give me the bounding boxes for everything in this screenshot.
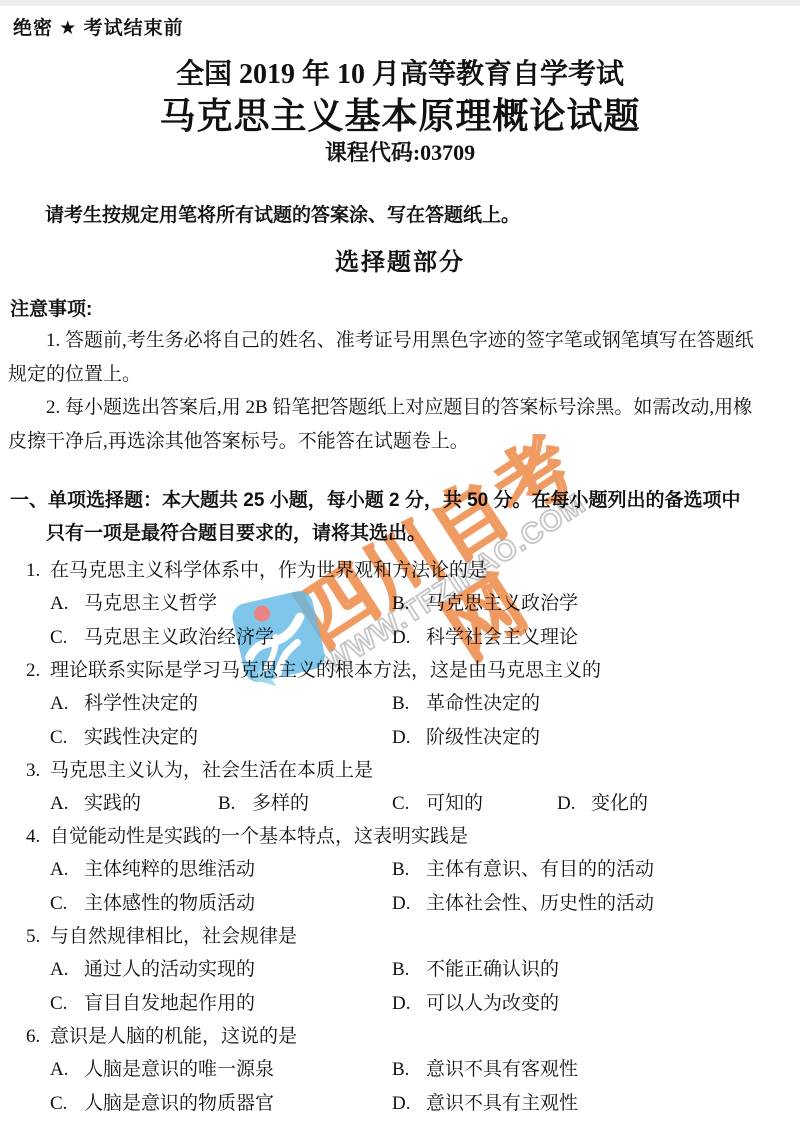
question-1: 1.在马克思主义科学体系中，作为世界观和方法论的是 A.马克思主义哲学 B.马克… xyxy=(0,558,800,652)
question-list: 1.在马克思主义科学体系中，作为世界观和方法论的是 A.马克思主义哲学 B.马克… xyxy=(0,552,800,1118)
option-label: A. xyxy=(50,793,84,815)
option-label: B. xyxy=(392,1059,426,1081)
option-label: C. xyxy=(50,893,84,915)
question-number: 1. xyxy=(26,558,50,584)
option-label: D. xyxy=(557,793,591,815)
question-stem-text: 在马克思主义科学体系中，作为世界观和方法论的是 xyxy=(50,560,487,581)
option-text: 马克思主义政治学 xyxy=(426,588,578,615)
option-label: B. xyxy=(392,593,426,615)
note-2-line-2: 皮擦干净后,再选涂其他答案标号。不能答在试题卷上。 xyxy=(8,425,794,459)
option-c: C.实践性决定的 xyxy=(50,722,392,749)
question-number: 5. xyxy=(26,924,50,950)
question-stem-text: 理论联系实际是学习马克思主义的根本方法，这是由马克思主义的 xyxy=(50,660,601,681)
option-label: B. xyxy=(392,693,426,715)
exam-paper-page: 绝密 ★ 考试结束前 全国 2019 年 10 月高等教育自学考试 马克思主义基… xyxy=(0,0,800,1128)
question-6-options-row-1: A.人脑是意识的唯一源泉 B.意识不具有客观性 xyxy=(0,1050,800,1084)
option-label: C. xyxy=(50,727,84,749)
question-1-options-row-1: A.马克思主义哲学 B.马克思主义政治学 xyxy=(0,584,800,618)
question-3-stem: 3.马克思主义认为，社会生活在本质上是 xyxy=(0,758,800,784)
option-label: D. xyxy=(392,1093,426,1115)
option-label: B. xyxy=(392,859,426,881)
question-5-options-row-1: A.通过人的活动实现的 B.不能正确认识的 xyxy=(0,950,800,984)
section-one-heading: 一、单项选择题：本大题共 25 小题，每小题 2 分，共 50 分。在每小题列出… xyxy=(10,484,790,550)
option-text: 科学社会主义理论 xyxy=(426,622,578,649)
option-c: C.人脑是意识的物质器官 xyxy=(50,1088,392,1115)
option-label: D. xyxy=(392,893,426,915)
option-c: C.马克思主义政治经济学 xyxy=(50,622,392,649)
option-d: D.阶级性决定的 xyxy=(392,722,800,749)
option-d: D.可以人为改变的 xyxy=(392,988,800,1015)
option-text: 变化的 xyxy=(591,788,648,815)
option-label: B. xyxy=(218,793,252,815)
option-text: 主体感性的物质活动 xyxy=(84,888,255,915)
option-label: D. xyxy=(392,627,426,649)
note-2-line-1: 2. 每小题选出答案后,用 2B 铅笔把答题纸上对应题目的答案标号涂黑。如需改动… xyxy=(8,391,794,425)
option-text: 通过人的活动实现的 xyxy=(84,954,255,981)
option-label: A. xyxy=(50,1059,84,1081)
option-text: 实践性决定的 xyxy=(84,722,198,749)
question-stem-text: 自觉能动性是实践的一个基本特点，这表明实践是 xyxy=(50,826,468,847)
note-1-line-1: 1. 答题前,考生务必将自己的姓名、准考证号用黑色字迹的签字笔或钢笔填写在答题纸 xyxy=(8,324,794,358)
option-b: B.多样的 xyxy=(218,788,392,815)
question-4-options-row-2: C.主体感性的物质活动 D.主体社会性、历史性的活动 xyxy=(0,884,800,918)
question-stem-text: 意识是人脑的机能，这说的是 xyxy=(50,1026,297,1047)
section-one-heading-line-1: 一、单项选择题：本大题共 25 小题，每小题 2 分，共 50 分。在每小题列出… xyxy=(10,484,790,517)
option-c: C.盲目自发地起作用的 xyxy=(50,988,392,1015)
option-a: A.实践的 xyxy=(50,788,218,815)
option-text: 马克思主义政治经济学 xyxy=(84,622,274,649)
option-text: 多样的 xyxy=(252,788,309,815)
course-code: 课程代码:03709 xyxy=(0,136,800,167)
option-label: A. xyxy=(50,859,84,881)
question-6-stem: 6.意识是人脑的机能，这说的是 xyxy=(0,1024,800,1050)
option-c: C.主体感性的物质活动 xyxy=(50,888,392,915)
option-text: 阶级性决定的 xyxy=(426,722,540,749)
question-number: 4. xyxy=(26,824,50,850)
question-6: 6.意识是人脑的机能，这说的是 A.人脑是意识的唯一源泉 B.意识不具有客观性 … xyxy=(0,1024,800,1118)
option-a: A.人脑是意识的唯一源泉 xyxy=(50,1054,392,1081)
option-text: 可以人为改变的 xyxy=(426,988,559,1015)
option-label: A. xyxy=(50,959,84,981)
option-label: A. xyxy=(50,593,84,615)
option-a: A.马克思主义哲学 xyxy=(50,588,392,615)
section-one-heading-line-2: 只有一项是最符合题目要求的，请将其选出。 xyxy=(10,517,790,550)
question-5: 5.与自然规律相比，社会规律是 A.通过人的活动实现的 B.不能正确认识的 C.… xyxy=(0,924,800,1018)
question-2: 2.理论联系实际是学习马克思主义的根本方法，这是由马克思主义的 A.科学性决定的… xyxy=(0,658,800,752)
question-3: 3.马克思主义认为，社会生活在本质上是 A.实践的 B.多样的 C.可知的 D.… xyxy=(0,758,800,818)
option-label: C. xyxy=(392,793,426,815)
question-4-stem: 4.自觉能动性是实践的一个基本特点，这表明实践是 xyxy=(0,824,800,850)
question-2-options-row-1: A.科学性决定的 B.革命性决定的 xyxy=(0,684,800,718)
question-number: 2. xyxy=(26,658,50,684)
option-d: D.变化的 xyxy=(557,788,800,815)
question-number: 3. xyxy=(26,758,50,784)
option-c: C.可知的 xyxy=(392,788,557,815)
option-d: D.主体社会性、历史性的活动 xyxy=(392,888,800,915)
note-1-line-2: 规定的位置上。 xyxy=(8,358,794,392)
option-label: D. xyxy=(392,727,426,749)
option-text: 实践的 xyxy=(84,788,141,815)
option-text: 可知的 xyxy=(426,788,483,815)
option-b: B.革命性决定的 xyxy=(392,688,800,715)
option-text: 主体有意识、有目的的活动 xyxy=(426,854,654,881)
option-a: A.通过人的活动实现的 xyxy=(50,954,392,981)
option-text: 人脑是意识的唯一源泉 xyxy=(84,1054,274,1081)
question-1-stem: 1.在马克思主义科学体系中，作为世界观和方法论的是 xyxy=(0,558,800,584)
pen-notice: 请考生按规定用笔将所有试题的答案涂、写在答题纸上。 xyxy=(45,200,520,227)
question-5-stem: 5.与自然规律相比，社会规律是 xyxy=(0,924,800,950)
question-4-options-row-1: A.主体纯粹的思维活动 B.主体有意识、有目的的活动 xyxy=(0,850,800,884)
option-d: D.科学社会主义理论 xyxy=(392,622,800,649)
option-label: A. xyxy=(50,693,84,715)
option-text: 人脑是意识的物质器官 xyxy=(84,1088,274,1115)
option-label: C. xyxy=(50,627,84,649)
page-title: 马克思主义基本原理概论试题 xyxy=(0,88,800,139)
question-stem-text: 马克思主义认为，社会生活在本质上是 xyxy=(50,760,373,781)
option-text: 科学性决定的 xyxy=(84,688,198,715)
option-text: 主体纯粹的思维活动 xyxy=(84,854,255,881)
question-4: 4.自觉能动性是实践的一个基本特点，这表明实践是 A.主体纯粹的思维活动 B.主… xyxy=(0,824,800,918)
option-label: D. xyxy=(392,993,426,1015)
security-label: 绝密 ★ 考试结束前 xyxy=(13,13,184,40)
option-a: A.科学性决定的 xyxy=(50,688,392,715)
exam-title: 全国 2019 年 10 月高等教育自学考试 xyxy=(0,52,800,92)
option-text: 不能正确认识的 xyxy=(426,954,559,981)
question-stem-text: 与自然规律相比，社会规律是 xyxy=(50,926,297,947)
question-2-stem: 2.理论联系实际是学习马克思主义的根本方法，这是由马克思主义的 xyxy=(0,658,800,684)
notes-block: 1. 答题前,考生务必将自己的姓名、准考证号用黑色字迹的签字笔或钢笔填写在答题纸… xyxy=(8,324,794,458)
option-label: C. xyxy=(50,993,84,1015)
option-b: B.意识不具有客观性 xyxy=(392,1054,800,1081)
notes-title: 注意事项: xyxy=(10,294,92,321)
question-2-options-row-2: C.实践性决定的 D.阶级性决定的 xyxy=(0,718,800,752)
option-b: B.主体有意识、有目的的活动 xyxy=(392,854,800,881)
scan-edge xyxy=(0,0,800,6)
option-b: B.不能正确认识的 xyxy=(392,954,800,981)
question-number: 6. xyxy=(26,1024,50,1050)
question-3-options-row: A.实践的 B.多样的 C.可知的 D.变化的 xyxy=(0,784,800,818)
option-a: A.主体纯粹的思维活动 xyxy=(50,854,392,881)
option-label: C. xyxy=(50,1093,84,1115)
option-text: 盲目自发地起作用的 xyxy=(84,988,255,1015)
question-6-options-row-2: C.人脑是意识的物质器官 D.意识不具有主观性 xyxy=(0,1084,800,1118)
option-d: D.意识不具有主观性 xyxy=(392,1088,800,1115)
option-text: 意识不具有客观性 xyxy=(426,1054,578,1081)
option-label: B. xyxy=(392,959,426,981)
option-text: 马克思主义哲学 xyxy=(84,588,217,615)
question-5-options-row-2: C.盲目自发地起作用的 D.可以人为改变的 xyxy=(0,984,800,1018)
option-text: 主体社会性、历史性的活动 xyxy=(426,888,654,915)
part-title: 选择题部分 xyxy=(0,242,800,277)
option-b: B.马克思主义政治学 xyxy=(392,588,800,615)
option-text: 革命性决定的 xyxy=(426,688,540,715)
option-text: 意识不具有主观性 xyxy=(426,1088,578,1115)
question-1-options-row-2: C.马克思主义政治经济学 D.科学社会主义理论 xyxy=(0,618,800,652)
